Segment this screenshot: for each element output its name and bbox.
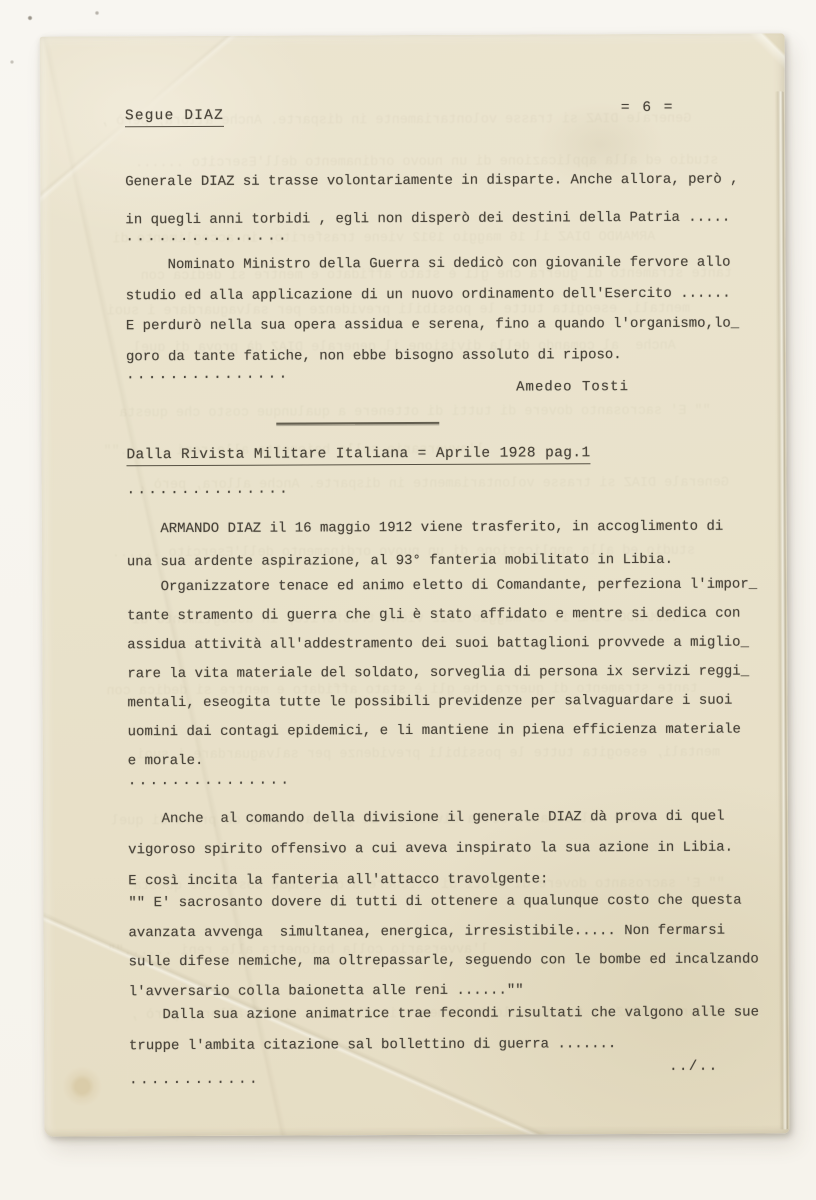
dots-line: ............... — [127, 482, 291, 499]
paragraph: Dalla sua azione animatrice trae fecondi… — [129, 998, 759, 1063]
text-line: avanzata avvenga simultanea, energica, i… — [128, 916, 758, 948]
paragraph: "" E' sacrosanto dovere di tutti di otte… — [128, 887, 759, 1008]
text-line: sulle difese nemiche, ma oltrepassarle, … — [129, 946, 759, 978]
text-line: ............... — [126, 367, 290, 384]
dots-line: ............... — [128, 773, 292, 790]
text-line: e morale. — [128, 745, 758, 777]
text-line: Dalla sua azione animatrice trae fecondi… — [129, 998, 759, 1032]
text-line: ............... — [128, 773, 292, 790]
signature: Amedeo Tosti — [516, 379, 629, 395]
text-line: Anche al comando della divisione il gene… — [128, 802, 733, 836]
continuation-mark: ../.. — [669, 1059, 719, 1075]
text-line: ............ — [129, 1072, 260, 1089]
text-line: studio ed alla applicazione di un nuovo … — [126, 278, 739, 311]
text-line: "" E' sacrosanto dovere di tutti di otte… — [128, 887, 758, 919]
bleedthrough-text: "" E' sacrosanto dovere di tutti di otte… — [119, 404, 710, 422]
section-heading: Dalla Rivista Militare Italiana = Aprile… — [126, 445, 590, 463]
text-line: E perdurò nella sua opera assidua e sere… — [126, 309, 739, 342]
section-divider — [276, 422, 439, 425]
text-line: Amedeo Tosti — [516, 379, 629, 395]
paragraph: Nominato Ministro della Guerra si dedicò… — [126, 248, 740, 373]
text-line: uomini dai contagi epidemici, e li manti… — [128, 716, 758, 748]
document-page: Segue DIAZ = 6 = Generale DIAZ si trasse… — [40, 33, 790, 1136]
page-number: = 6 = — [621, 100, 675, 116]
paragraph: Organizzatore tenace ed animo eletto di … — [127, 571, 758, 777]
text-line: tante stramento di guerra che gli è stat… — [127, 600, 757, 632]
paragraph: Generale DIAZ si trasse volontariamente … — [125, 161, 739, 240]
document-body: Generale DIAZ si trasse volontariamente … — [40, 33, 785, 36]
text-line: ARMANDO DIAZ il 16 maggio 1912 viene tra… — [127, 511, 724, 547]
continuation-title: Segue DIAZ — [125, 108, 224, 127]
text-line: ............... — [125, 229, 289, 246]
text-line: Generale DIAZ si trasse volontariamente … — [125, 161, 738, 202]
paragraph: ARMANDO DIAZ il 16 maggio 1912 viene tra… — [127, 511, 724, 580]
text-line: ../.. — [669, 1059, 719, 1075]
text-line: Dalla Rivista Militare Italiana = Aprile… — [126, 445, 590, 463]
text-line: Organizzatore tenace ed animo eletto di … — [127, 571, 757, 603]
paragraph: Anche al comando della divisione il gene… — [128, 802, 733, 898]
dots-line: ............... — [125, 229, 289, 246]
text-line: ............... — [127, 482, 291, 499]
dots-line: ............ — [129, 1072, 260, 1089]
text-line: mentali, eseogita tutte le possibili pre… — [127, 687, 757, 719]
page-header: Segue DIAZ = 6 = — [125, 103, 785, 128]
text-line: truppe l'ambita citazione sal bollettino… — [129, 1029, 759, 1063]
text-line: assidua attività all'addestramento dei s… — [127, 629, 757, 661]
dots-line: ............... — [126, 367, 290, 384]
text-line: Nominato Ministro della Guerra si dedicò… — [126, 248, 739, 281]
text-line: rare la vita materiale del soldato, sorv… — [127, 658, 757, 690]
text-line: vigoroso spirito offensivo a cui aveva i… — [128, 833, 733, 867]
